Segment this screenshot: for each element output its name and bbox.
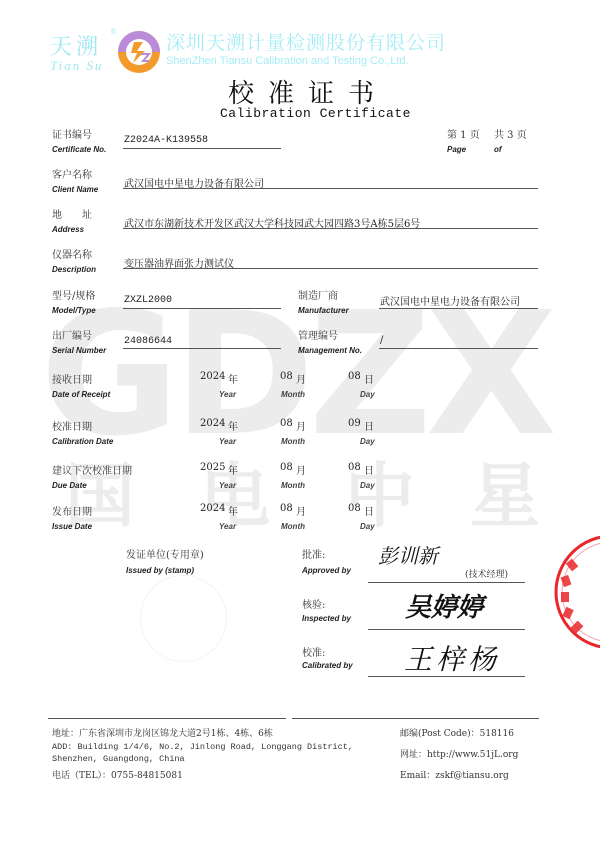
date-year-unit-en: Year xyxy=(219,522,236,531)
client-underline xyxy=(123,188,538,189)
manufacturer-label-cn: 制造厂商 xyxy=(298,287,338,302)
date-day-unit-cn: 日 xyxy=(364,462,374,477)
inspected-underline xyxy=(368,629,525,630)
date-day-unit-en: Day xyxy=(360,481,375,490)
model-label-cn: 型号/规格 xyxy=(52,287,95,302)
issued-by-label-cn: 发证单位(专用章) xyxy=(126,546,204,561)
calibrated-label-en: Calibrated by xyxy=(302,661,353,670)
page-label-en: Page xyxy=(447,145,466,154)
manufacturer-underline xyxy=(379,308,538,309)
date-year-unit-en: Year xyxy=(219,437,236,446)
date-day-unit-en: Day xyxy=(360,390,375,399)
date-label-cn: 发布日期 xyxy=(52,503,92,518)
watermark-char-3: 中 xyxy=(345,440,415,541)
description-label-en: Description xyxy=(52,265,96,274)
date-label-en: Calibration Date xyxy=(52,437,113,446)
of-label-en: of xyxy=(494,145,502,154)
date-label-en: Due Date xyxy=(52,481,87,490)
title-english: Calibration Certificate xyxy=(220,106,411,121)
date-month-unit-en: Month xyxy=(281,481,305,490)
inspected-signature: 吴婷婷 xyxy=(405,587,483,624)
logo-english: Tian Su xyxy=(50,58,103,74)
date-year-unit-en: Year xyxy=(219,390,236,399)
date-label-cn: 校准日期 xyxy=(52,418,92,433)
date-day-unit-en: Day xyxy=(360,437,375,446)
management-label-en: Management No. xyxy=(298,346,362,355)
date-day-value: 09 xyxy=(348,418,361,429)
date-month-unit-cn: 月 xyxy=(296,371,306,386)
date-year-unit-cn: 年 xyxy=(228,503,238,518)
model-underline xyxy=(123,308,281,309)
date-year-value: 2025 xyxy=(200,462,225,473)
official-seal-icon xyxy=(552,532,600,652)
title-chinese: 校准证书 xyxy=(228,73,388,110)
watermark-char-4: 星 xyxy=(470,440,540,541)
date-month-unit-cn: 月 xyxy=(296,418,306,433)
serial-value: 24086644 xyxy=(124,336,172,347)
company-emblem-icon xyxy=(117,30,161,74)
calibrated-label-cn: 校准: xyxy=(302,644,325,659)
footer-phone: 电话（TEL）：0755-84815081 xyxy=(52,768,183,781)
footer-divider-left xyxy=(48,718,286,719)
date-day-value: 08 xyxy=(348,371,361,382)
cert-no-label-en: Certificate No. xyxy=(52,145,106,154)
faint-stamp-icon xyxy=(140,575,227,662)
date-day-unit-cn: 日 xyxy=(364,371,374,386)
footer-website[interactable]: 网址：http://www.51jL.org xyxy=(400,747,518,760)
logo-chinese: 天溯 xyxy=(50,30,102,61)
date-label-en: Date of Receipt xyxy=(52,390,110,399)
date-month-value: 08 xyxy=(280,371,293,382)
date-month-value: 08 xyxy=(280,418,293,429)
management-underline xyxy=(379,348,538,349)
footer-divider-right xyxy=(292,718,539,719)
date-day-unit-cn: 日 xyxy=(364,503,374,518)
serial-label-en: Serial Number xyxy=(52,346,106,355)
approved-label-en: Approved by xyxy=(302,566,351,575)
description-label-cn: 仪器名称 xyxy=(52,246,92,261)
date-year-unit-en: Year xyxy=(219,481,236,490)
date-month-unit-cn: 月 xyxy=(296,503,306,518)
date-month-unit-en: Month xyxy=(281,437,305,446)
date-month-unit-en: Month xyxy=(281,522,305,531)
management-label-cn: 管理编号 xyxy=(298,327,338,342)
footer-address-en-line1: ADD: Building 1/4/6, No.2, Jinlong Road,… xyxy=(52,742,353,752)
address-underline xyxy=(123,228,538,229)
date-month-unit-en: Month xyxy=(281,390,305,399)
footer-email[interactable]: Email：zskf@tiansu.org xyxy=(400,768,509,781)
date-month-value: 08 xyxy=(280,503,293,514)
date-year-unit-cn: 年 xyxy=(228,418,238,433)
date-year-unit-cn: 年 xyxy=(228,371,238,386)
model-label-en: Model/Type xyxy=(52,306,96,315)
date-label-cn: 接收日期 xyxy=(52,371,92,386)
page-current: 第 1 页 xyxy=(447,126,480,141)
page-total: 共 3 页 xyxy=(494,126,527,141)
footer-post-code: 邮编(Post Code)：518116 xyxy=(400,726,514,739)
cert-no-value: Z2024A-K139558 xyxy=(124,135,208,146)
registered-mark: ® xyxy=(110,28,117,36)
date-day-unit-en: Day xyxy=(360,522,375,531)
description-underline xyxy=(123,268,538,269)
date-month-unit-cn: 月 xyxy=(296,462,306,477)
approved-label-cn: 批准: xyxy=(302,546,325,561)
address-label-cn: 地 址 xyxy=(52,206,92,221)
date-year-value: 2024 xyxy=(200,503,225,514)
approved-underline xyxy=(368,582,525,583)
date-label-en: Issue Date xyxy=(52,522,92,531)
inspected-label-en: Inspected by xyxy=(302,614,351,623)
cert-no-underline xyxy=(123,148,281,149)
date-year-value: 2024 xyxy=(200,418,225,429)
company-name-english: ShenZhen Tiansu Calibration and Testing … xyxy=(166,55,409,67)
date-day-unit-cn: 日 xyxy=(364,418,374,433)
inspected-label-cn: 核验: xyxy=(302,596,325,611)
footer-address-cn: 地址：广东省深圳市龙岗区锦龙大道2号1栋、4栋、6栋 xyxy=(52,726,273,739)
client-label-cn: 客户名称 xyxy=(52,166,92,181)
approved-signature: 彭训新 xyxy=(378,540,438,569)
serial-underline xyxy=(123,348,281,349)
address-label-en: Address xyxy=(52,225,84,234)
calibrated-underline xyxy=(368,676,525,677)
date-year-unit-cn: 年 xyxy=(228,462,238,477)
manufacturer-value: 武汉国电中星电力设备有限公司 xyxy=(380,293,520,308)
date-day-value: 08 xyxy=(348,462,361,473)
issued-by-label-en: Issued by (stamp) xyxy=(126,566,194,575)
client-label-en: Client Name xyxy=(52,185,98,194)
cert-no-label-cn: 证书编号 xyxy=(52,126,92,141)
date-day-value: 08 xyxy=(348,503,361,514)
date-year-value: 2024 xyxy=(200,371,225,382)
date-month-value: 08 xyxy=(280,462,293,473)
date-label-cn: 建议下次校准日期 xyxy=(52,462,132,477)
model-value: ZXZL2000 xyxy=(124,295,172,306)
management-value: / xyxy=(380,335,383,346)
approved-title: (技术经理) xyxy=(465,567,508,580)
footer-address-en-line2: Shenzhen, Guangdong, China xyxy=(52,754,185,764)
serial-label-cn: 出厂编号 xyxy=(52,327,92,342)
manufacturer-label-en: Manufacturer xyxy=(298,306,349,315)
calibrated-signature: 王梓杨 xyxy=(404,638,500,678)
company-name-chinese: 深圳天溯计量检测股份有限公司 xyxy=(166,28,446,55)
